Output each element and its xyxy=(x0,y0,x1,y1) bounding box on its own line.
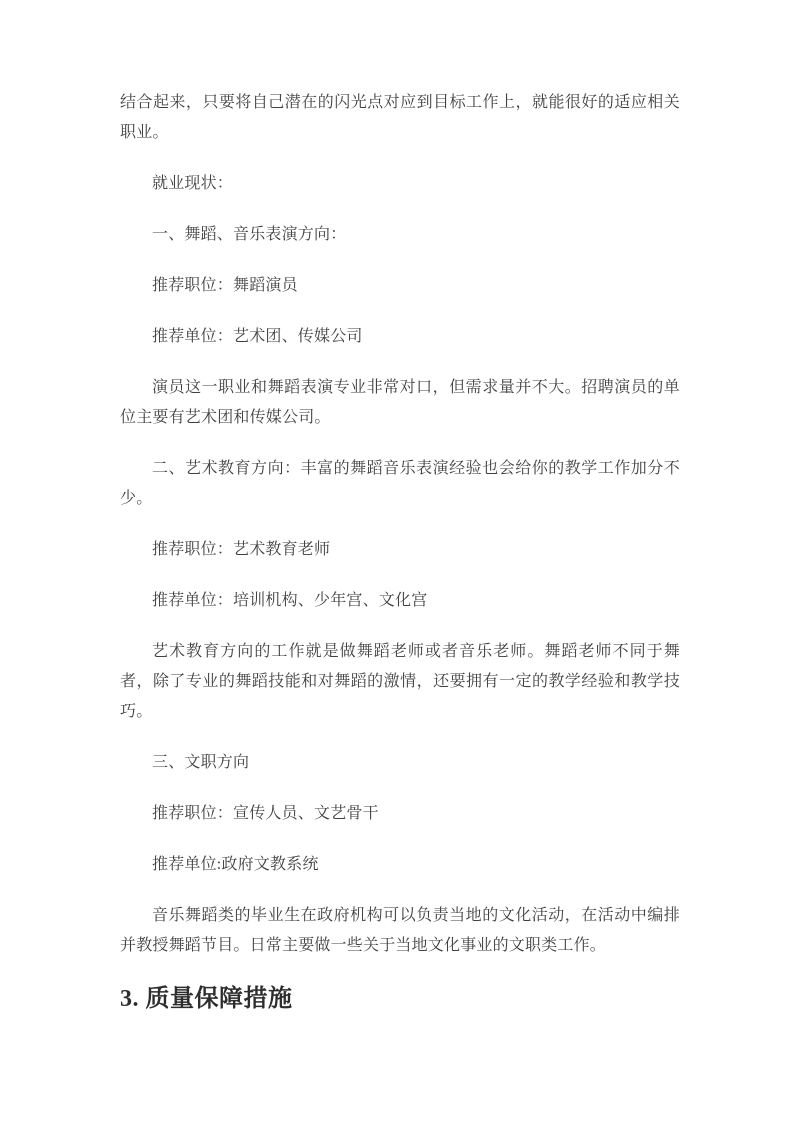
paragraph-direction-1-unit: 推荐单位：艺术团、传媒公司 xyxy=(120,322,680,352)
document-page: 结合起来，只要将自己潜在的闪光点对应到目标工作上，就能很好的适应相关职业。 就业… xyxy=(0,0,800,1016)
paragraph-direction-1-description: 演员这一职业和舞蹈表演专业非常对口，但需求量并不大。招聘演员的单位主要有艺术团和… xyxy=(120,373,680,433)
paragraph-direction-2-position: 推荐职位：艺术教育老师 xyxy=(120,535,680,565)
paragraph-direction-3-position: 推荐职位：宣传人员、文艺骨干 xyxy=(120,799,680,829)
paragraph-direction-1-title: 一、舞蹈、音乐表演方向： xyxy=(120,220,680,250)
paragraph-direction-3-title: 三、文职方向 xyxy=(120,748,680,778)
paragraph-employment-status-label: 就业现状： xyxy=(120,169,680,199)
paragraph-intro-continuation: 结合起来，只要将自己潜在的闪光点对应到目标工作上，就能很好的适应相关职业。 xyxy=(120,88,680,148)
paragraph-direction-2-title: 二、艺术教育方向：丰富的舞蹈音乐表演经验也会给你的教学工作加分不少。 xyxy=(120,454,680,514)
section-heading-quality-assurance: 3. 质量保障措施 xyxy=(120,982,680,1016)
paragraph-direction-3-description: 音乐舞蹈类的毕业生在政府机构可以负责当地的文化活动，在活动中编排并教授舞蹈节目。… xyxy=(120,901,680,961)
paragraph-direction-2-description: 艺术教育方向的工作就是做舞蹈老师或者音乐老师。舞蹈老师不同于舞者，除了专业的舞蹈… xyxy=(120,637,680,727)
paragraph-direction-3-unit: 推荐单位:政府文教系统 xyxy=(120,850,680,880)
paragraph-direction-2-unit: 推荐单位：培训机构、少年宫、文化宫 xyxy=(120,586,680,616)
paragraph-direction-1-position: 推荐职位：舞蹈演员 xyxy=(120,271,680,301)
